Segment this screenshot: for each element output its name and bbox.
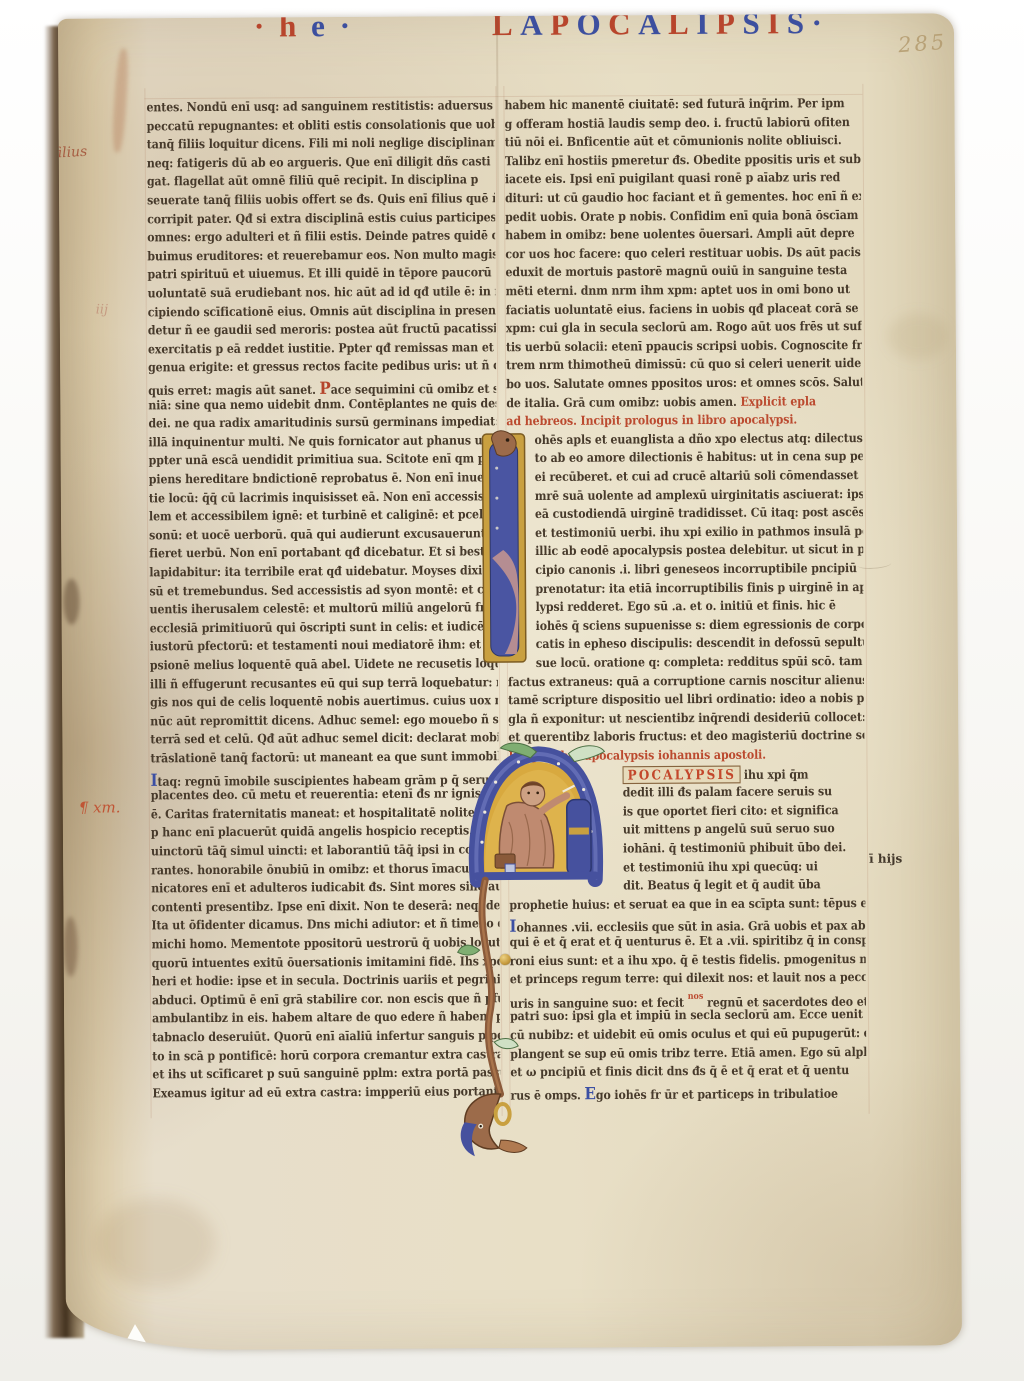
text-segment: to ab eo amore dilectionis ē habitus: ut… [535, 449, 867, 466]
manuscript-text-line: uoluntatē suā erudiebant nos. hic aūt ad… [148, 284, 501, 301]
manuscript-text-line: cipio canonis .i. libri geneseos incorru… [535, 561, 857, 578]
text-segment: iohēs q̄ sciens supuenisse s: diem egres… [536, 616, 867, 633]
text-segment: eduxit de mortuis pastorē magnū ouiū in … [505, 263, 847, 280]
manuscript-text-line: ei recūberet. et cui ad crucē altariū so… [535, 468, 859, 485]
text-segment: quorū intuentes exitū ōuersationis imita… [152, 954, 501, 971]
manuscript-text-line: mēti eterni. dnm nrm ihm xpm: aptet uos … [506, 282, 850, 299]
manuscript-text-line: patri spirituū et uiuemus. Et illi quidē… [147, 265, 500, 282]
manuscript-text-line: heri et hodie: ipse et in secula. Doctri… [152, 972, 501, 989]
manuscript-text-line: ad hebreos. Incipit prologus in libro ap… [506, 412, 797, 428]
manuscript-text-line: illic ab eodē apocalypsis postea delebit… [535, 542, 866, 559]
text-segment: buimus eruditores: et reuerebamur eos. N… [147, 246, 500, 263]
manuscript-text-line: iacete eis. Ipsi enī puigilant quasi ron… [505, 170, 840, 187]
text-segment: uoluntatē suā erudiebant nos. hic aūt ad… [148, 284, 501, 301]
manuscript-text-line: xpm: cui gla in secula seclorū am. Rogo … [506, 319, 867, 336]
manuscript-text-line: tiū nōi ei. Bnficentie aūt et cōmunionis… [505, 133, 842, 150]
text-segment: niā: sine qua nemo uidebit dnm. Contēpla… [148, 395, 500, 412]
text-segment: illi ñ effugerunt recusantes eū qui sup … [150, 674, 501, 691]
text-segment: lapidabitur: ita terribile erat qđ uideb… [149, 563, 491, 580]
text-segment: is que oportet fieri cito: et significa [623, 803, 839, 819]
manuscript-text-line: is que oportet fieri cito: et significa [623, 803, 839, 819]
manuscript-text-line: omnes: ergo adulteri et ñ filii estis. D… [147, 228, 500, 245]
manuscript-text-line: Exeamus igitur ad eū extra castra: imppe… [152, 1083, 500, 1100]
manuscript-text-line: entes. Nondū enī usq: ad sanguinem resti… [146, 98, 492, 115]
running-title-letter: A [638, 13, 661, 47]
running-title-letter: I [767, 13, 779, 46]
historiated-initial-john-writing [448, 741, 626, 1187]
text-column-left: entes. Nondū enī usq: ad sanguinem resti… [146, 98, 500, 1116]
text-segment: cipiendo scīficationē eius. Omnis aūt di… [148, 302, 501, 319]
running-title-letter: I [696, 13, 708, 47]
manuscript-text-line: Talibz enī hostiis pmeretur đs. Obedite … [505, 152, 861, 169]
text-segment: xpm: cui gla in secula seclorū am. Rogo … [506, 319, 867, 336]
manuscript-text-line: gat. flagellat aūt omnē filiū quē recipi… [147, 173, 478, 190]
text-segment: genua erigite: et gressus rectos facite … [148, 358, 501, 375]
text-segment: eā custodiendā uirginē tradidisset. Cū i… [535, 505, 867, 522]
text-segment: et testimoniū uerbi. ihu xpi exilio in p… [535, 523, 867, 540]
text-segment: abduci. Optimū ē enī grā stabilire cor. … [152, 991, 501, 1008]
text-segment: lypsi redderet. Ego sū .a. et o. initiū … [535, 598, 835, 614]
text-segment: ambulantibz in eis. habem altare de quo … [152, 1009, 501, 1026]
text-segment: heri et hodie: ipse et in secula. Doctri… [152, 972, 501, 989]
margin-note-filius: filius [58, 144, 88, 162]
manuscript-text-line: neq: fatigeris dū ab eo argueris. Que en… [147, 154, 491, 171]
text-segment: uit mittens p angelū suū seruo suo [623, 821, 835, 837]
text-segment: ace sequimini cū omibz et scīmo [331, 381, 501, 397]
manuscript-text-line: seuerate tanq̄ filiis uobis offert se đs… [147, 191, 500, 208]
manuscript-text-line: faciatis uoluntatē eius. faciens in uobi… [506, 300, 867, 317]
text-segment: Exeamus igitur ad eū extra castra: imppe… [152, 1083, 500, 1100]
text-segment: exercitatis p eā reddet iustitie. Ppter … [148, 340, 501, 357]
manuscript-text-line: sue locū. oratione q: completa: redditus… [536, 653, 867, 670]
text-segment: michi homo. Mementote ppositorū uestrorū… [152, 934, 501, 951]
manuscript-text-line: exercitatis p eā reddet iustitie. Ppter … [148, 340, 501, 357]
text-segment: mrē suā uolente ad amplexū uirginitatis … [535, 486, 867, 503]
manuscript-text-line: buimus eruditores: et reuerebamur eos. N… [147, 246, 500, 263]
running-title-apocalipsis: LAPOCALIPSIS· [492, 13, 822, 48]
manuscript-text-line: to ab eo amore dilectionis ē habitus: ut… [535, 449, 867, 466]
running-title-letter: P [716, 13, 735, 46]
margin-note-in-hiis: ī hijs [869, 852, 902, 866]
manuscript-text-line: iohēs q̄ sciens supuenisse s: diem egres… [536, 616, 867, 633]
text-segment: ihu xpi q̄m [740, 767, 808, 782]
manuscript-text-line: de italia. Grā cum omibz: uobis amen. Ex… [506, 394, 816, 410]
text-segment: tie locū: q̄q̄ cū lacrimis inquisisset e… [149, 488, 501, 505]
manuscript-text-line: piens hereditare bndictionē reprobatus ē… [149, 470, 501, 487]
text-segment: iohāni. q̄ testimoniū phibuit ūbo dei. [623, 840, 846, 856]
running-title-letter: e [311, 13, 325, 49]
running-title-letter: L [668, 13, 689, 47]
text-segment: Ita ut ōfidenter dicamus. Dns michi adiu… [151, 916, 500, 933]
text-segment: POCALYPSIS [623, 765, 741, 784]
text-segment: sū et tremebundus. Sed accessistis ad sy… [149, 581, 500, 598]
manuscript-text-line: tie locū: q̄q̄ cū lacrimis inquisisset e… [149, 488, 501, 505]
text-segment: dedit illi đs palam facere seruis su [623, 784, 832, 800]
manuscript-text-line: psionē melius loquentē quā abel. Uidete … [150, 656, 501, 673]
text-segment: gla ñ exponitur: ut nescientibz inq̄rend… [508, 710, 866, 727]
text-segment: illā inquinentur multi. Ne quis fornicat… [148, 433, 500, 450]
text-segment: cipio canonis .i. libri geneseos incorru… [535, 561, 857, 578]
running-title-letter: O [576, 13, 600, 47]
manuscript-text-line: eduxit de mortuis pastorē magnū ouiū in … [505, 263, 847, 280]
manuscript-text-line: gis nos qui de celis loquentē nobis auer… [150, 693, 501, 710]
manuscript-text-line: habem hic manentē ciuitatē: sed futurā i… [504, 96, 844, 113]
manuscript-text-line: bo uos. Salutate omnes ppositos uros: et… [506, 375, 866, 392]
text-segment: g offeram hostiā laudis semp deo. i. fru… [505, 115, 850, 132]
margin-note-chapter-faded: iij [96, 302, 108, 317]
text-segment: nūc aūt repromittit dicens. Adhuc semel:… [150, 712, 500, 729]
parchment-stain [63, 917, 77, 977]
text-segment: contenti presentibz. Ipse enī dixit. Non… [151, 898, 500, 915]
manuscript-text-line: ambulantibz in eis. habem altare de quo … [152, 1009, 501, 1026]
text-segment: tanq̄ filiis loquitur dicens. Fili mi no… [147, 135, 501, 152]
running-title-left: ·he· [254, 13, 350, 49]
text-segment: psionē melius loquentē quā abel. Uidete … [150, 656, 501, 673]
text-segment: tiū nōi ei. Bnficentie aūt et cōmunionis… [505, 133, 842, 150]
text-segment: piens hereditare bndictionē reprobatus ē… [149, 470, 501, 487]
manuscript-text-line: uentis iherusalem celestē: et multorū mi… [150, 600, 501, 617]
manuscript-text-line: tamē scripture dispositio uel libri ordi… [508, 691, 867, 708]
manuscript-text-line: tis uerbū solacii: etenī ppaucis scripsi… [506, 338, 867, 355]
text-segment: factus extraneus: quā a corruptione carn… [508, 672, 867, 689]
manuscript-text-line: sū et tremebundus. Sed accessistis ad sy… [149, 581, 500, 598]
manuscript-text-line: pedit uobis. Orate p nobis. Confidim enī… [505, 207, 858, 224]
text-segment: iustorū pfectorū: et testamenti noui med… [150, 637, 501, 654]
text-segment: mēti eterni. dnm nrm ihm xpm: aptet uos … [506, 282, 850, 299]
text-segment: omnes: ergo adulteri et ñ filii estis. D… [147, 228, 500, 245]
manuscript-text-line: nūc aūt repromittit dicens. Adhuc semel:… [150, 712, 500, 729]
manuscript-text-line: tanq̄ filiis loquitur dicens. Fili mi no… [147, 135, 501, 152]
text-segment: Talibz enī hostiis pmeretur đs. Obedite … [505, 152, 861, 169]
manuscript-text-line: contenti presentibz. Ipse enī dixit. Non… [151, 898, 500, 915]
manuscript-text-line: ppter unā escā uendidit primitiua sua. S… [149, 451, 501, 468]
text-segment: ppter unā escā uendidit primitiua sua. S… [149, 451, 501, 468]
text-segment: nos [688, 990, 704, 1001]
parchment-page: ·he· LAPOCALIPSIS· 285 entes. Nondū enī … [58, 13, 962, 1350]
manuscript-text-line: catis in epheso discipulis: descendit in… [536, 635, 867, 652]
text-segment: cor uos hoc facere: quo celeri restituar… [505, 245, 866, 262]
manuscript-text-line: trem nrm thimotheū dimissū: cū quo si ce… [506, 356, 861, 373]
text-segment: seuerate tanq̄ filiis uobis offert se đs… [147, 191, 500, 208]
text-segment: catis in epheso discipulis: descendit in… [536, 635, 867, 652]
text-segment: sonū: et uocē uerborū. quā qui audierunt… [149, 526, 501, 543]
text-segment: fieret uerbū. Non enī portabant qđ diceb… [149, 544, 500, 561]
manuscript-text-line: lem et accessibilem ignē: et turbinē et … [149, 507, 501, 524]
text-segment: ohēs apls et euanglista a dño xpo electu… [534, 430, 866, 447]
text-segment: uentis iherusalem celestē: et multorū mi… [150, 600, 501, 617]
manuscript-text-line: ohēs apls et euanglista a dño xpo electu… [534, 430, 866, 447]
manuscript-text-line: cipiendo scīficationē eius. Omnis aūt di… [148, 302, 501, 319]
text-segment: dei. ne qua radix amaritudinis sursū ger… [148, 414, 500, 431]
parchment-stain [888, 313, 948, 359]
manuscript-text-line: sonū: et uocē uerborū. quā qui audierunt… [149, 526, 501, 543]
manuscript-text-line: gla ñ exponitur: ut nescientibz inq̄rend… [508, 710, 866, 727]
text-segment: patri spirituū et uiuemus. Et illi quidē… [147, 265, 500, 282]
manuscript-text-line: corripit pater. Qđ si extra disciplinā e… [147, 209, 501, 226]
text-segment: habem in omibz: bene uolentes ōuersari. … [505, 226, 854, 243]
manuscript-text-line: prenotatur: ita etiā incorruptibilis fin… [535, 579, 866, 596]
text-segment: et testimoniū ihu xpi quecūq: ui [623, 859, 818, 875]
text-segment: sue locū. oratione q: completa: redditus… [536, 653, 867, 670]
manuscript-text-line: niā: sine qua nemo uidebit dnm. Contēpla… [148, 395, 500, 412]
running-title-letter: P [550, 13, 569, 47]
text-segment: Explicit epla [740, 394, 816, 409]
manuscript-text-line: factus extraneus: quā a corruptione carn… [508, 672, 867, 689]
text-segment: entes. Nondū enī usq: ad sanguinem resti… [146, 98, 492, 115]
decorated-initial-i [480, 428, 529, 666]
text-segment: corripit pater. Qđ si extra disciplinā e… [147, 209, 501, 226]
running-title-letter: S [787, 13, 805, 46]
manuscript-text-line: Ita ut ōfidenter dicamus. Dns michi adiu… [151, 916, 500, 933]
manuscript-text-line: POCALYPSIS ihu xpi q̄m [623, 766, 809, 783]
text-segment: prenotatur: ita etiā incorruptibilis fin… [535, 579, 866, 596]
running-title-letter: · [340, 13, 351, 49]
text-segment: detur ñ ee gaudii sed meroris: postea aū… [148, 321, 501, 338]
text-segment: lem et accessibilem ignē: et turbinē et … [149, 507, 501, 524]
margin-note-chapter-mark: ¶ xm. [79, 798, 121, 816]
text-segment: pedit uobis. Orate p nobis. Confidim enī… [505, 207, 858, 224]
running-title-letter: C [608, 13, 631, 47]
text-segment: quis erret: magis aūt sanet. [148, 383, 319, 399]
manuscript-text-line: habem in omibz: bene uolentes ōuersari. … [505, 226, 854, 243]
manuscript-text-line: dituri: ut cū gaudio hoc faciant et ñ ge… [505, 189, 865, 206]
manuscript-text-line: g offeram hostiā laudis semp deo. i. fru… [505, 115, 850, 132]
parchment-stain [63, 579, 79, 625]
running-title-letter: · [254, 13, 265, 49]
manuscript-text-line: cor uos hoc facere: quo celeri restituar… [505, 245, 866, 262]
manuscript-text-line: dit. Beatus q̄ legit et q̄ audit ūba [623, 877, 820, 893]
text-segment: dituri: ut cū gaudio hoc faciant et ñ ge… [505, 189, 865, 206]
parchment-stain [95, 1198, 216, 1289]
gold-paraph-dot [500, 954, 511, 965]
manuscript-text-line: illā inquinentur multi. Ne quis fornicat… [148, 433, 500, 450]
text-segment: gat. flagellat aūt omnē filiū quē recipi… [147, 173, 478, 190]
text-segment: neq: fatigeris dū ab eo argueris. Que en… [147, 154, 491, 171]
manuscript-text-line: ecclesiā primitiuorū qui ōscripti sunt i… [150, 618, 501, 635]
manuscript-text-line: et ihs ut scīficaret p suū sanguinē pplm… [152, 1065, 500, 1082]
text-segment: ad hebreos. Incipit prologus in libro ap… [506, 412, 797, 428]
manuscript-text-line: detur ñ ee gaudii sed meroris: postea aū… [148, 321, 501, 338]
running-title-letter: h [279, 13, 297, 49]
text-segment: go iohēs fr ūr et particeps in tribulati… [596, 1086, 838, 1102]
text-segment: ei recūberet. et cui ad crucē altariū so… [535, 468, 859, 485]
manuscript-text-line: tabnaclo deseruiūt. Quorū enī aīaliū inf… [152, 1028, 501, 1045]
text-segment: P [319, 378, 330, 398]
text-segment: trem nrm thimotheū dimissū: cū quo si ce… [506, 356, 861, 373]
folio-number: 285 [897, 30, 948, 58]
text-segment: illic ab eodē apocalypsis postea delebit… [535, 542, 866, 559]
text-segment: gis nos qui de celis loquentē nobis auer… [150, 693, 501, 710]
text-segment: de italia. Grā cum omibz: uobis amen. [506, 394, 740, 410]
manuscript-text-line: fieret uerbū. Non enī portabant qđ diceb… [149, 544, 500, 561]
manuscript-text-line: dei. ne qua radix amaritudinis sursū ger… [148, 414, 500, 431]
text-segment: peccatū repugnantes: et obliti estis con… [147, 117, 501, 134]
manuscript-text-line: iustorū pfectorū: et testamenti noui med… [150, 637, 501, 654]
text-segment: faciatis uoluntatē eius. faciens in uobi… [506, 300, 867, 317]
manuscript-text-line: mrē suā uolente ad amplexū uirginitatis … [535, 486, 867, 503]
manuscript-text-line: et testimoniū ihu xpi quecūq: ui [623, 859, 818, 875]
manuscript-text-line: michi homo. Mementote ppositorū uestrorū… [152, 934, 501, 951]
text-segment: bo uos. Salutate omnes ppositos uros: et… [506, 375, 866, 392]
manuscript-text-line: genua erigite: et gressus rectos facite … [148, 358, 501, 375]
manuscript-text-line: uit mittens p angelū suū seruo suo [623, 821, 835, 837]
manuscript-text-line: et testimoniū uerbi. ihu xpi exilio in p… [535, 523, 867, 540]
running-title-letter: · [811, 13, 822, 46]
text-segment: habem hic manentē ciuitatē: sed futurā i… [504, 96, 844, 113]
text-segment: iacete eis. Ipsi enī puigilant quasi ron… [505, 170, 840, 187]
text-segment: to in scā p pontificē: horū corpora crem… [152, 1046, 500, 1063]
manuscript-text-line: lypsi redderet. Ego sū .a. et o. initiū … [535, 598, 835, 614]
manuscript-text-line: lapidabitur: ita terribile erat qđ uideb… [149, 563, 500, 580]
text-segment: tis uerbū solacii: etenī ppaucis scripsi… [506, 338, 867, 355]
manuscript-text-line: to in scā p pontificē: horū corpora crem… [152, 1046, 500, 1063]
text-segment: tabnaclo deseruiūt. Quorū enī aīaliū inf… [152, 1028, 501, 1045]
text-segment: ecclesiā primitiuorū qui ōscripti sunt i… [150, 618, 501, 635]
running-title-letter: A [520, 13, 543, 48]
text-segment: tamē scripture dispositio uel libri ordi… [508, 691, 867, 708]
text-segment: dit. Beatus q̄ legit et q̄ audit ūba [623, 877, 820, 893]
manuscript-text-line: eā custodiendā uirginē tradidisset. Cū i… [535, 505, 867, 522]
running-title-letter: S [742, 13, 760, 46]
manuscript-text-line: peccatū repugnantes: et obliti estis con… [147, 117, 501, 134]
manuscript-text-line: illi ñ effugerunt recusantes eū qui sup … [150, 674, 501, 691]
parchment-stain [111, 48, 130, 153]
manuscript-text-line: iohāni. q̄ testimoniū phibuit ūbo dei. [623, 840, 846, 856]
manuscript-text-line: abduci. Optimū ē enī grā stabilire cor. … [152, 991, 501, 1008]
manuscript-text-line: dedit illi đs palam facere seruis su [623, 784, 832, 800]
manuscript-text-line: quorū intuentes exitū ōuersationis imita… [152, 954, 501, 971]
text-segment: et ihs ut scīficaret p suū sanguinē pplm… [152, 1065, 500, 1082]
